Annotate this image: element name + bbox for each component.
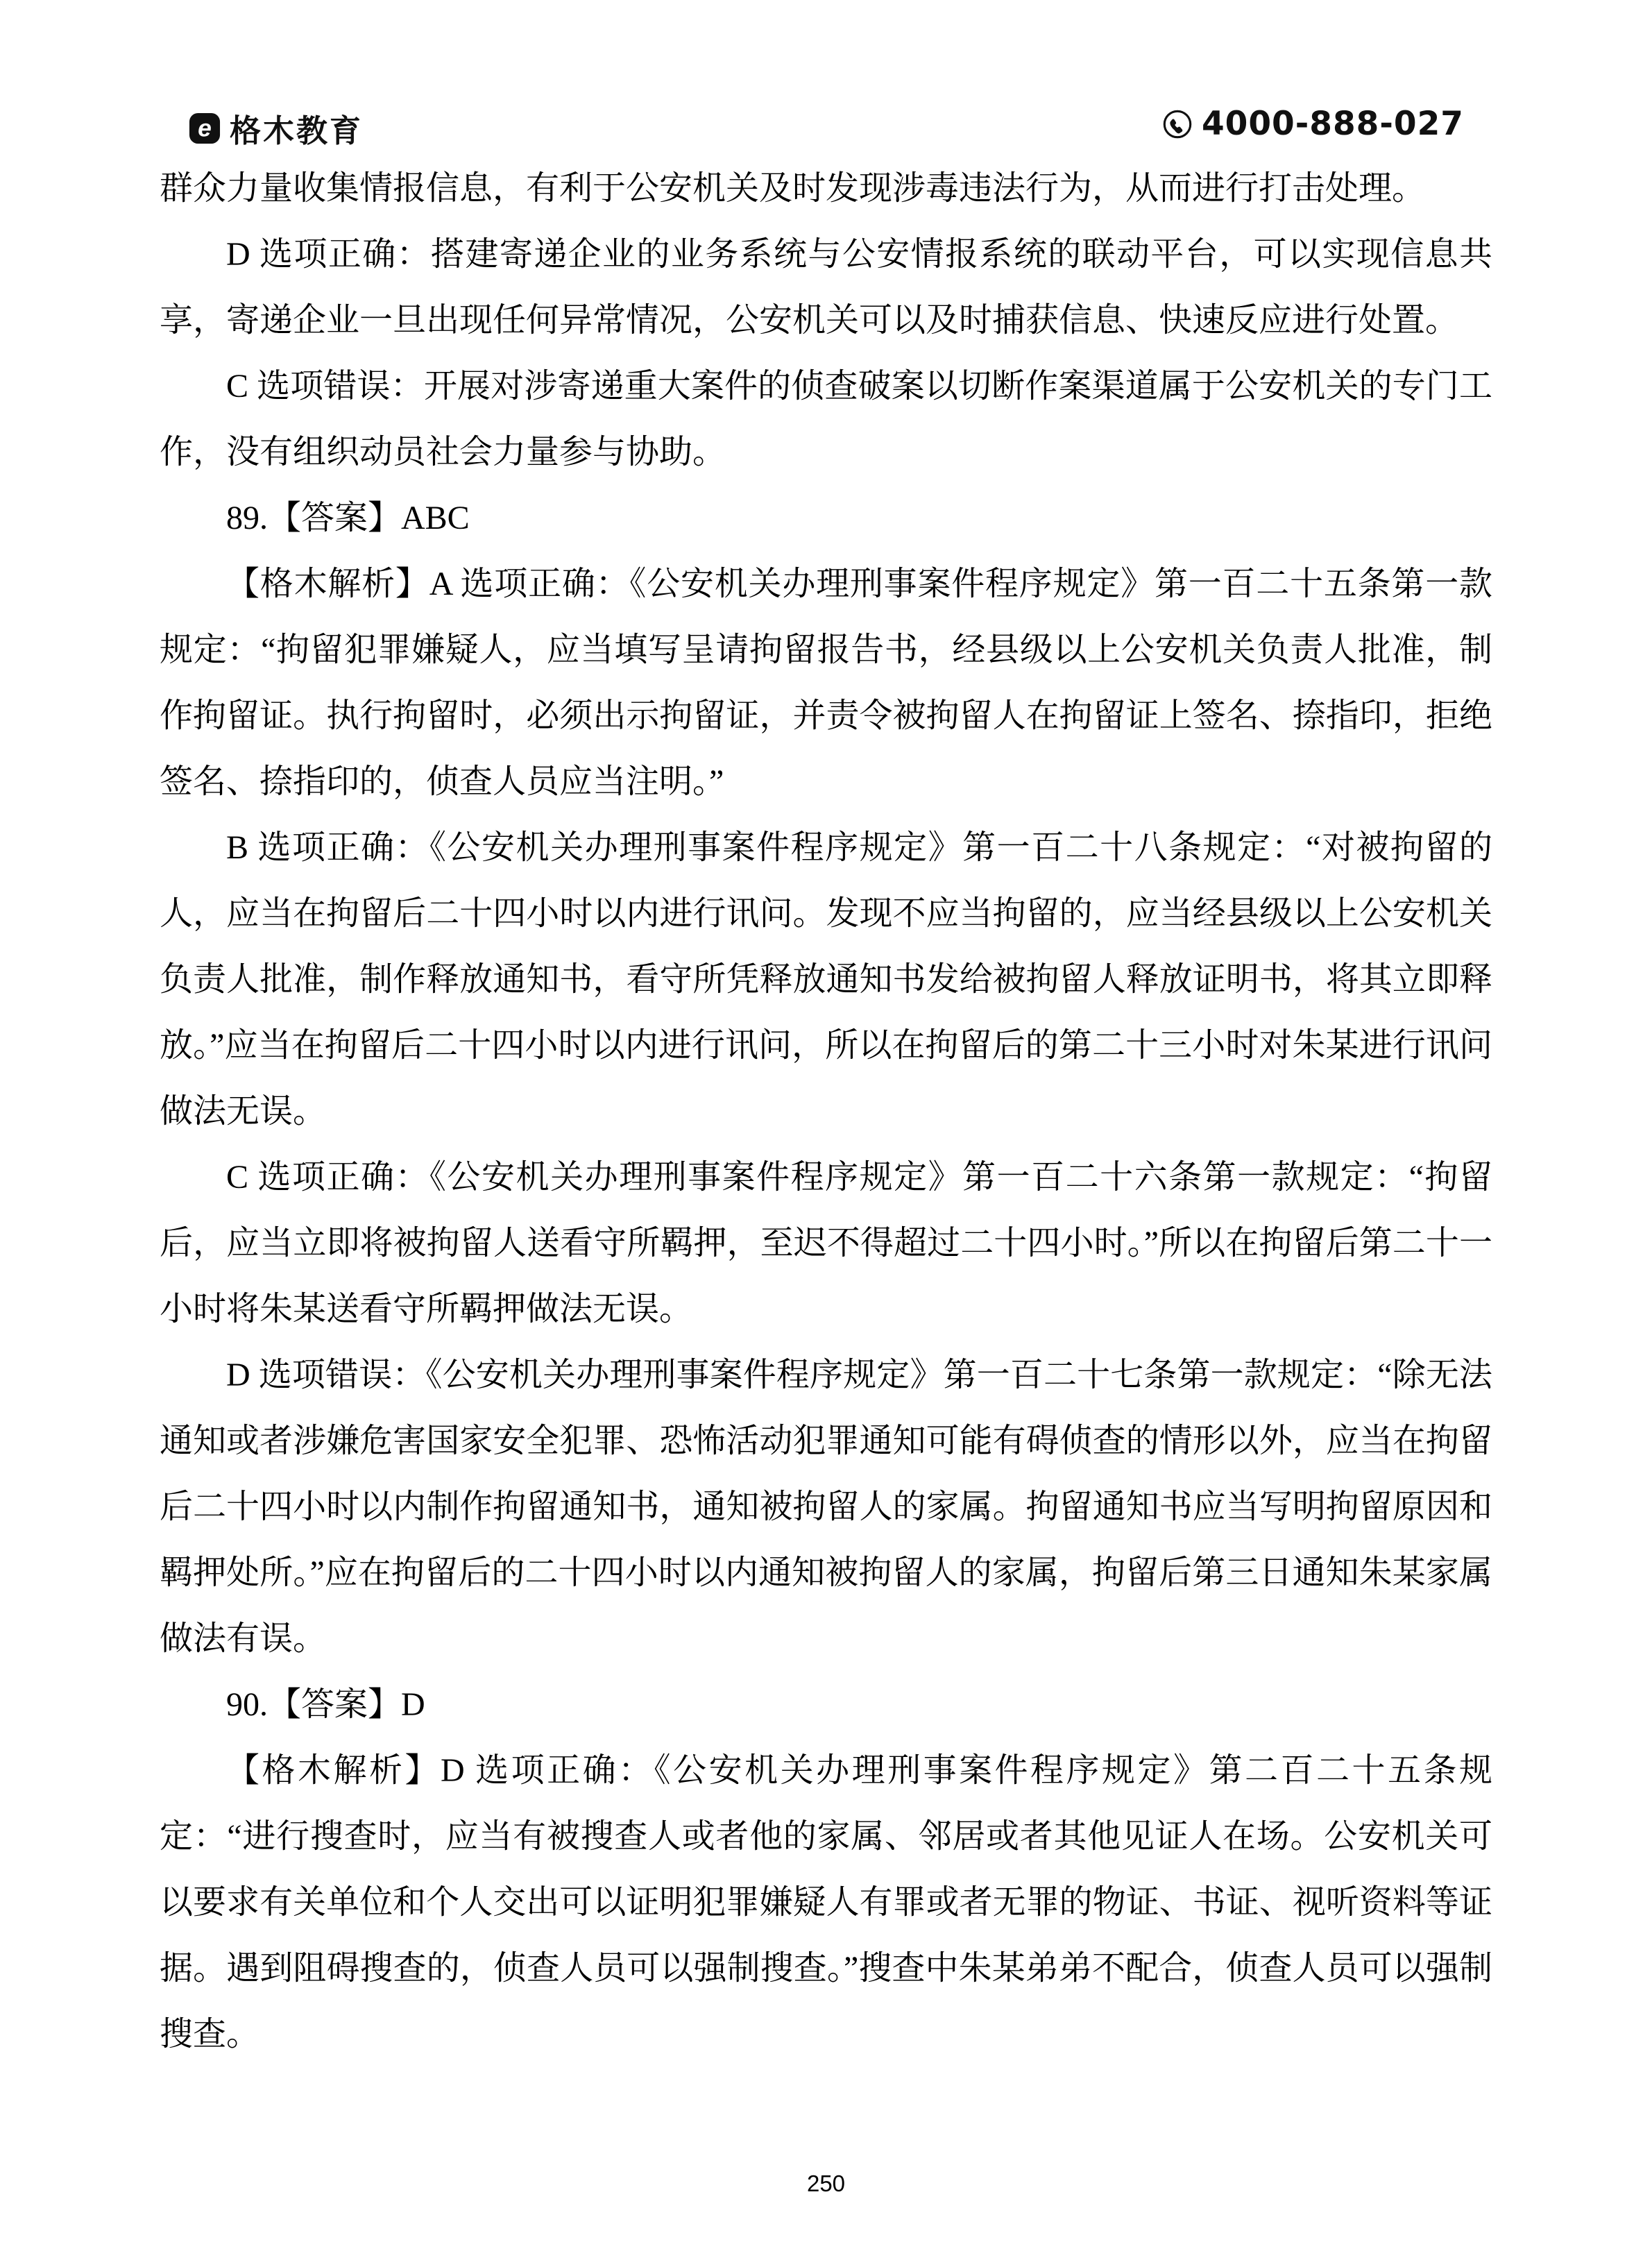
page-number: 250 xyxy=(807,2171,845,2196)
paragraph: C 选项正确：《公安机关办理刑事案件程序规定》第一百二十六条第一款规定：“拘留后… xyxy=(160,1144,1492,1342)
contact-phone: 4000-888-027 xyxy=(1162,105,1464,143)
svg-text:e: e xyxy=(198,114,212,142)
document-page: e 格木教育 4000-888-027 群众力量收集情报信息，有利于公安机关及时… xyxy=(0,0,1652,2242)
paragraph: D 选项错误：《公安机关办理刑事案件程序规定》第一百二十七条第一款规定：“除无法… xyxy=(160,1342,1492,1672)
paragraph: 群众力量收集情报信息，有利于公安机关及时发现涉毒违法行为，从而进行打击处理。 xyxy=(160,155,1492,221)
paragraph: D 选项正确：搭建寄递企业的业务系统与公安情报系统的联动平台，可以实现信息共享，… xyxy=(160,221,1492,353)
paragraph: 【格木解析】A 选项正确：《公安机关办理刑事案件程序规定》第一百二十五条第一款规… xyxy=(160,551,1492,815)
phone-icon xyxy=(1162,109,1193,139)
brand-name: 格木教育 xyxy=(230,105,363,151)
phone-number: 4000-888-027 xyxy=(1202,105,1464,143)
paragraph: 90.【答案】D xyxy=(160,1672,1492,1738)
paragraph: 【格木解析】D 选项正确：《公安机关办理刑事案件程序规定》第二百二十五条规定：“… xyxy=(160,1738,1492,2067)
paragraph: C 选项错误：开展对涉寄递重大案件的侦查破案以切断作案渠道属于公安机关的专门工作… xyxy=(160,353,1492,485)
brand-logo: e 格木教育 xyxy=(189,105,363,151)
answer-explanations: 群众力量收集情报信息，有利于公安机关及时发现涉毒违法行为，从而进行打击处理。D … xyxy=(160,155,1492,2067)
page-footer: 250 xyxy=(0,2171,1652,2197)
page-header: e 格木教育 4000-888-027 xyxy=(189,103,1464,144)
paragraph: B 选项正确：《公安机关办理刑事案件程序规定》第一百二十八条规定：“对被拘留的人… xyxy=(160,815,1492,1144)
gemu-logo-icon: e xyxy=(189,112,221,144)
paragraph: 89.【答案】ABC xyxy=(160,485,1492,551)
